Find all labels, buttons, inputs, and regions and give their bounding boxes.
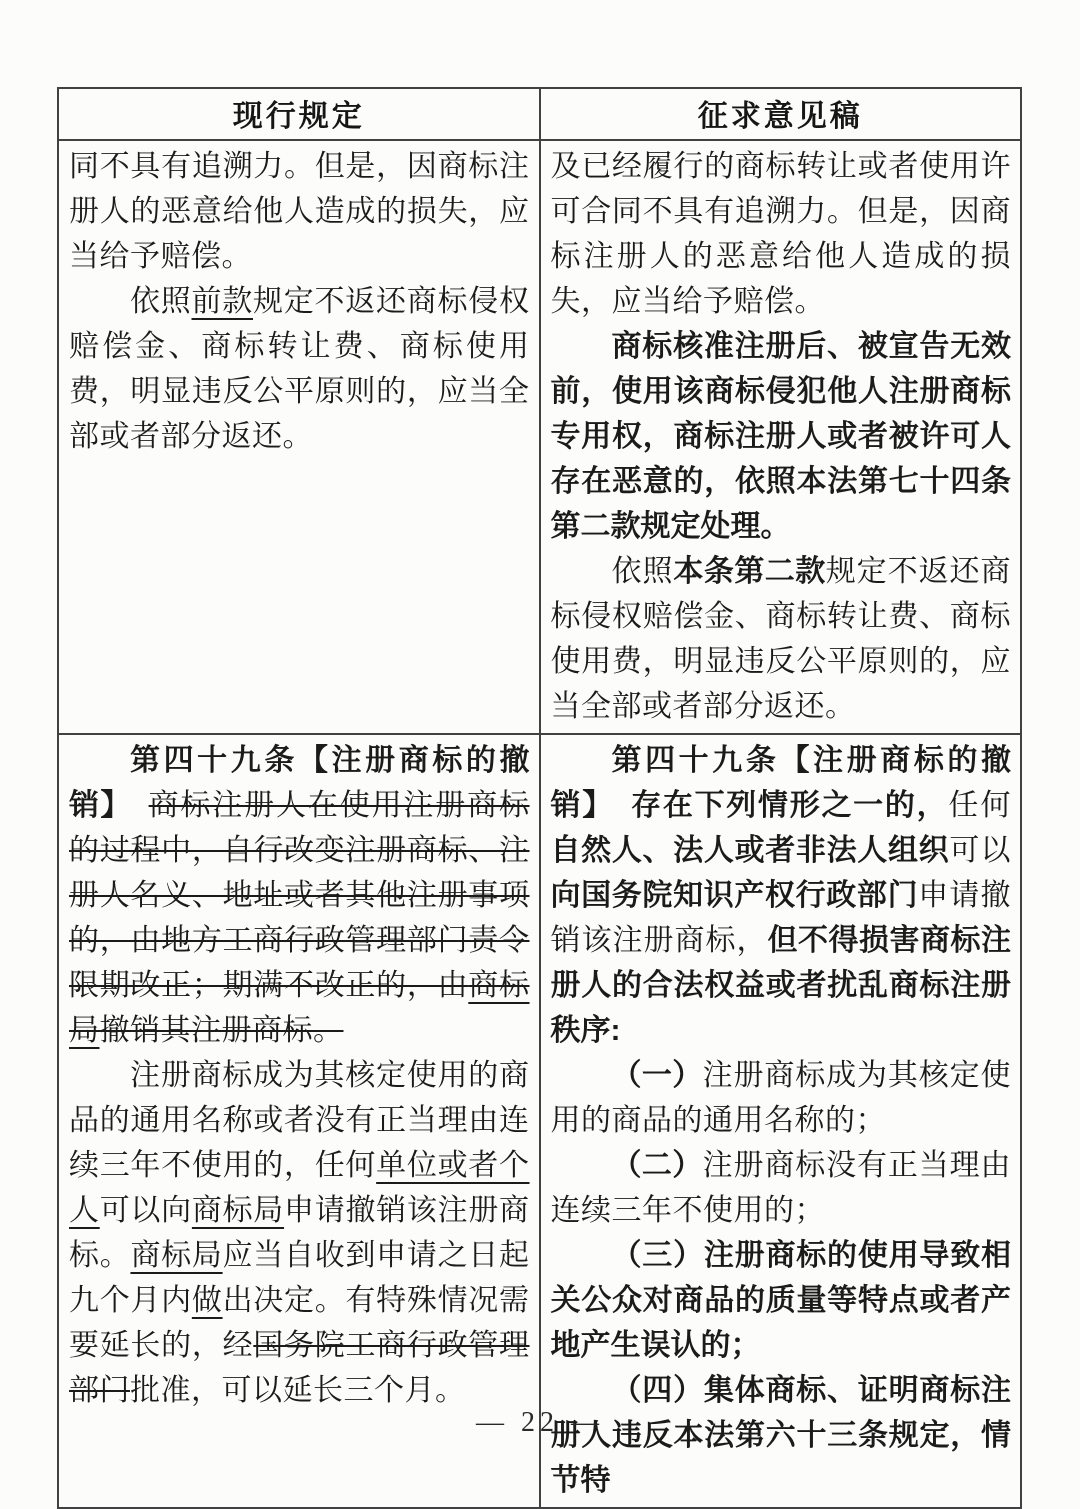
paragraph: 商标核准注册后、被宣告无效前，使用该商标侵犯他人注册商标专用权，商标注册人或者被…: [551, 324, 1012, 549]
text-run: 向国务院知识产权行政部门: [551, 879, 919, 912]
cell-draft-for-comments: 及已经履行的商标转让或者使用许可合同不具有追溯力。但是，因商标注册人的恶意给他人…: [540, 140, 1022, 734]
header-row: 现行规定 征求意见稿: [58, 88, 1021, 140]
paragraph: 及已经履行的商标转让或者使用许可合同不具有追溯力。但是，因商标注册人的恶意给他人…: [551, 144, 1012, 324]
text-run: 任何: [948, 789, 1011, 822]
text-run: （三）注册商标的使用导致相关公众对商品的质量等特点或者产地产生误认的；: [551, 1239, 1012, 1362]
text-run: 可以向: [100, 1194, 192, 1227]
paragraph: （二）注册商标没有正当理由连续三年不使用的；: [551, 1143, 1012, 1233]
text-run: 依照: [612, 555, 674, 588]
text-run: 可以: [949, 834, 1011, 867]
document-page: { "colors": { "background": "#fcfcfa", "…: [0, 0, 1080, 1467]
paragraph: 依照前款规定不返还商标侵权赔偿金、商标转让费、商标使用费，明显违反公平原则的，应…: [69, 279, 530, 459]
comparison-table: 现行规定 征求意见稿 同不具有追溯力。但是，因商标注册人的恶意给他人造成的损失，…: [57, 87, 1022, 1509]
text-run: 批准，可以延长三个月。: [130, 1374, 466, 1407]
text-run: [117, 789, 149, 822]
text-run: 前款: [192, 285, 254, 318]
cell-draft-for-comments: 第四十九条【注册商标的撤销】 存在下列情形之一的，任何自然人、法人或者非法人组织…: [540, 734, 1022, 1508]
text-run: 撤销其注册商标。: [100, 1014, 344, 1047]
paragraph: 同不具有追溯力。但是，因商标注册人的恶意给他人造成的损失，应当给予赔偿。: [69, 144, 530, 279]
paragraph: 注册商标成为其核定使用的商品的通用名称或者没有正当理由连续三年不使用的，任何单位…: [69, 1053, 530, 1413]
text-run: 依照: [130, 285, 192, 318]
text-run: （二）: [612, 1149, 703, 1182]
cell-current-provisions: 同不具有追溯力。但是，因商标注册人的恶意给他人造成的损失，应当给予赔偿。依照前款…: [58, 140, 540, 734]
text-run: 商标局: [130, 1239, 222, 1272]
text-run: 本条第二款: [673, 555, 825, 588]
table-body: 同不具有追溯力。但是，因商标注册人的恶意给他人造成的损失，应当给予赔偿。依照前款…: [58, 140, 1021, 1508]
scanned-document: 现行规定 征求意见稿 同不具有追溯力。但是，因商标注册人的恶意给他人造成的损失，…: [0, 0, 1080, 1467]
header-draft-for-comments: 征求意见稿: [540, 88, 1022, 140]
table-header: 现行规定 征求意见稿: [58, 88, 1021, 140]
text-run: 自然人、法人或者非法人组织: [551, 834, 950, 867]
paragraph: （三）注册商标的使用导致相关公众对商品的质量等特点或者产地产生误认的；: [551, 1233, 1012, 1368]
text-run: 存在下列情形之一的，: [631, 789, 948, 822]
page-number: — 22 —: [0, 1407, 1080, 1439]
paragraph: （一）注册商标成为其核定使用的商品的通用名称的；: [551, 1053, 1012, 1143]
text-run: （一）: [612, 1059, 703, 1092]
table-row: 同不具有追溯力。但是，因商标注册人的恶意给他人造成的损失，应当给予赔偿。依照前款…: [58, 140, 1021, 734]
paragraph: 第四十九条【注册商标的撤销】 商标注册人在使用注册商标的过程中，自行改变注册商标…: [69, 738, 530, 1053]
text-run: 同不具有追溯力。但是，因商标注册人的恶意给他人造成的损失，应当给予赔偿。: [69, 150, 530, 273]
text-run: 做: [192, 1284, 223, 1317]
cell-current-provisions: 第四十九条【注册商标的撤销】 商标注册人在使用注册商标的过程中，自行改变注册商标…: [58, 734, 540, 1508]
text-run: 及已经履行的商标转让或者使用许可合同不具有追溯力。但是，因商标注册人的恶意给他人…: [551, 150, 1012, 318]
text-run: 商标核准注册后、被宣告无效前，使用该商标侵犯他人注册商标专用权，商标注册人或者被…: [551, 330, 1012, 543]
header-current-provisions: 现行规定: [58, 88, 540, 140]
text-run: [599, 789, 631, 822]
paragraph: 依照本条第二款规定不返还商标侵权赔偿金、商标转让费、商标使用费，明显违反公平原则…: [551, 549, 1012, 729]
paragraph: 第四十九条【注册商标的撤销】 存在下列情形之一的，任何自然人、法人或者非法人组织…: [551, 738, 1012, 1053]
text-run: 商标局: [192, 1194, 284, 1227]
table-row: 第四十九条【注册商标的撤销】 商标注册人在使用注册商标的过程中，自行改变注册商标…: [58, 734, 1021, 1508]
